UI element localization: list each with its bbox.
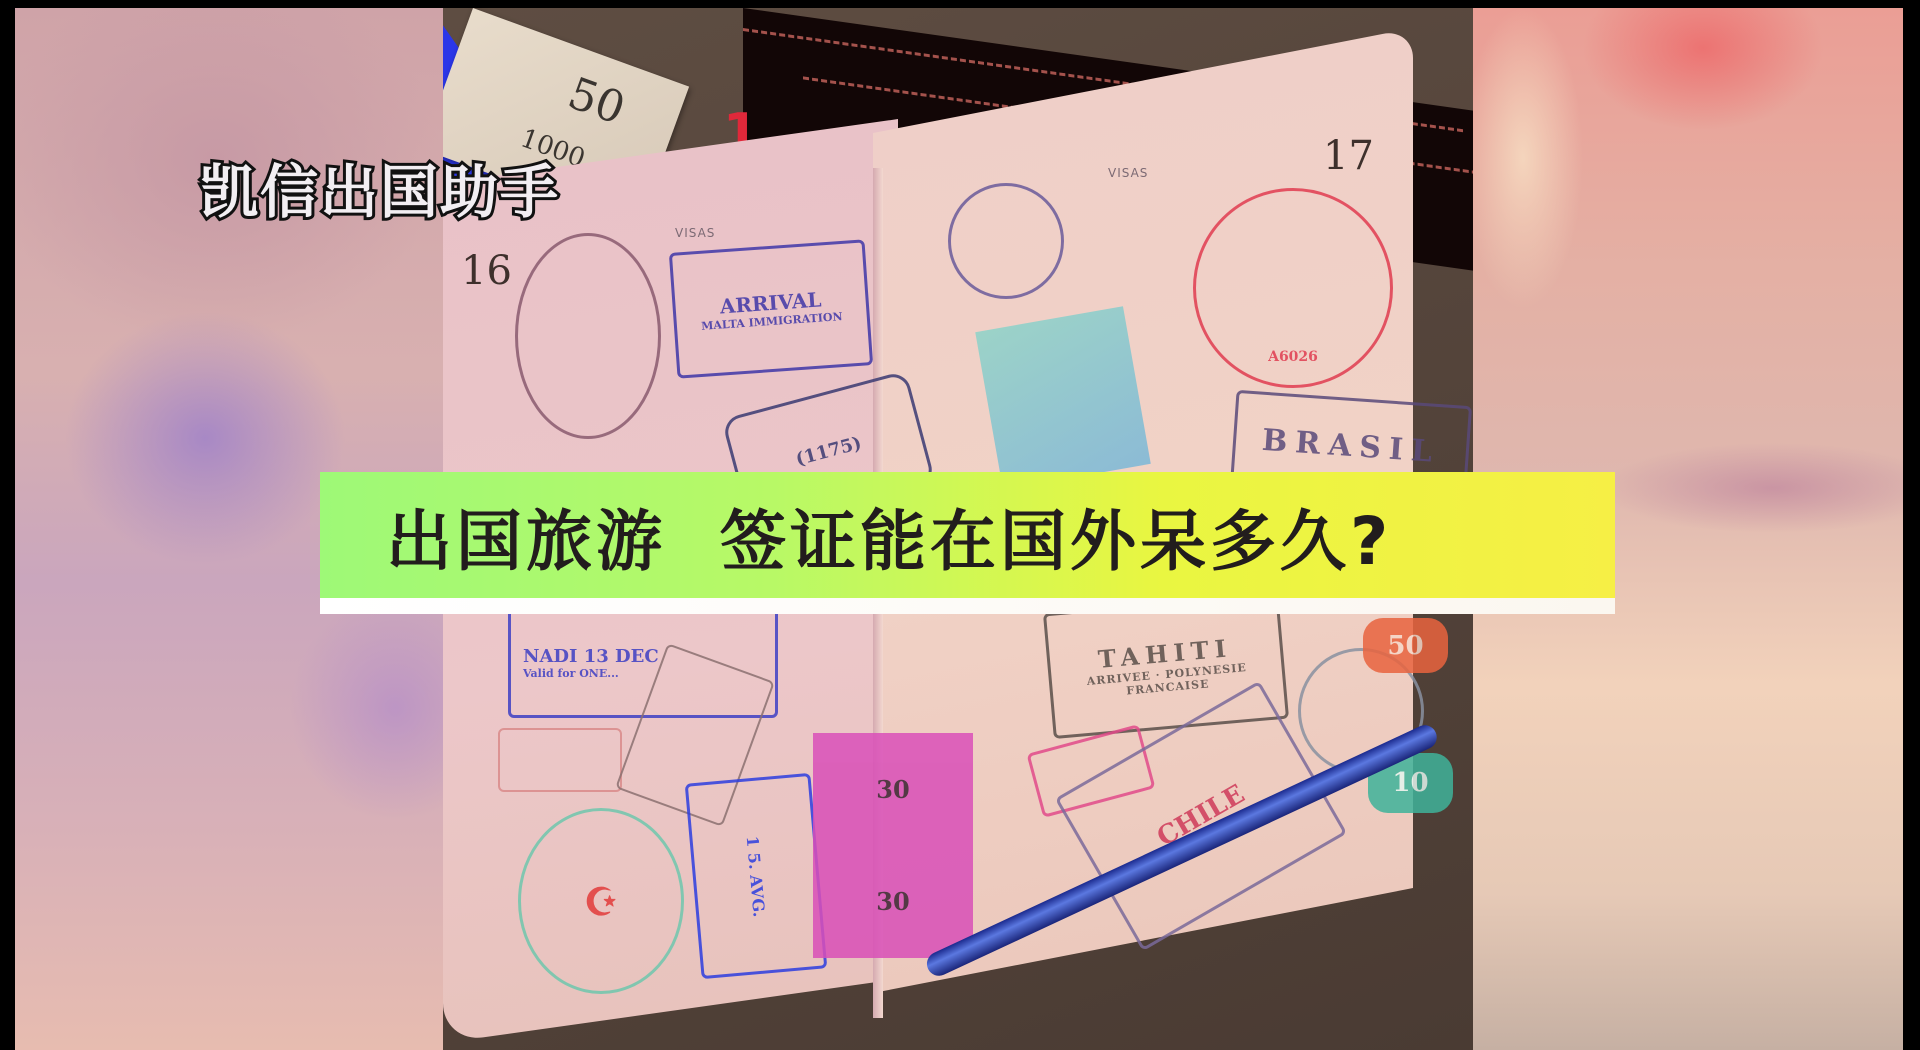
stamp-sublabel: Valid for ONE...	[523, 667, 619, 680]
stamp-value: 30	[876, 775, 909, 804]
argentina-seal-stamp	[515, 233, 661, 439]
fiscal-stamp-pink: 30 30	[813, 733, 973, 958]
stamp-label: 1 5. AVG.	[743, 835, 769, 918]
stamp-label: NADI 13 DEC	[523, 646, 659, 667]
visas-label-left: VISAS	[675, 226, 715, 240]
stamp-value: 10	[1392, 768, 1428, 798]
page-number-right: 17	[1323, 133, 1374, 179]
stamp-value: 30	[876, 887, 909, 916]
red-rectangle-stamp	[498, 728, 622, 792]
stamp-label: BRASIL	[1261, 422, 1441, 469]
bill-denomination: 50	[561, 68, 631, 135]
fiscal-stamp-50: 50	[1363, 618, 1448, 673]
page-number-left: 16	[461, 248, 512, 294]
title-banner-underline	[320, 598, 1615, 614]
channel-watermark: 凯信出国助手	[200, 145, 560, 229]
blue-fiscal-stamps	[975, 306, 1151, 490]
stamp-label: A6026	[1268, 349, 1318, 365]
algeria-seal-stamp: ☪	[518, 808, 684, 994]
stamp-value: 50	[1387, 631, 1423, 661]
china-seal-stamp: A6026	[1193, 188, 1393, 388]
crescent-star-icon: ☪	[584, 879, 618, 924]
title-banner: 出国旅游 签证能在国外呆多久?	[320, 472, 1615, 598]
video-frame: 50 1000 1 16 17 VISAS VISAS ARRIVAL MALT…	[15, 8, 1903, 1050]
malta-arrival-stamp: ARRIVAL MALTA IMMIGRATION	[669, 239, 873, 378]
stamp-label: (1175)	[793, 432, 863, 470]
visas-label-right: VISAS	[1108, 166, 1148, 180]
title-text: 出国旅游 签证能在国外呆多久?	[386, 488, 1392, 583]
mexico-seal-stamp	[948, 183, 1064, 299]
date-stamp: 1 5. AVG.	[685, 773, 828, 979]
